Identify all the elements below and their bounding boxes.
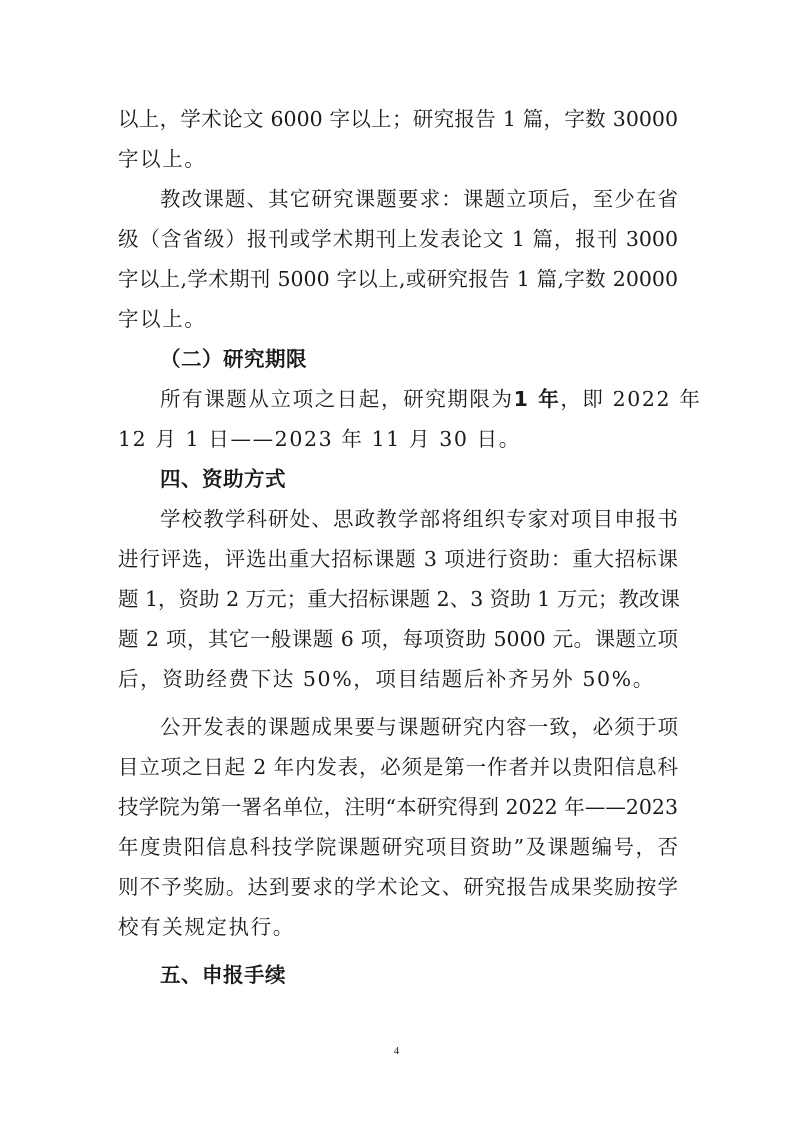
- paragraph-line: 则不予奖励。达到要求的学术论文、研究报告成果奖励按学: [118, 867, 678, 907]
- paragraph-gap: [118, 699, 678, 707]
- paragraph-gap: [118, 947, 678, 955]
- paragraph-line: 题 1，资助 2 万元；重大招标课题 2、3 资助 1 万元；教改课: [118, 579, 678, 619]
- paragraph-line: 后，资助经费下达 50%，项目结题后补齐另外 50%。: [118, 659, 678, 699]
- paragraph-line: 字以上。: [118, 139, 678, 179]
- period-duration-bold: 1 年: [514, 387, 561, 411]
- section-heading-application: 五、申报手续: [118, 955, 678, 995]
- paragraph-line: 教改课题、其它研究课题要求：课题立项后，至少在省: [118, 179, 678, 219]
- section-heading-funding: 四、资助方式: [118, 459, 678, 499]
- paragraph-line: 题 2 项，其它一般课题 6 项，每项资助 5000 元。课题立项: [118, 619, 678, 659]
- paragraph-line: 学校教学科研处、思政教学部将组织专家对项目申报书: [118, 499, 678, 539]
- paragraph-line: 所有课题从立项之日起，研究期限为1 年，即 2022 年: [118, 379, 678, 419]
- paragraph-line: 进行评选，评选出重大招标课题 3 项进行资助：重大招标课: [118, 539, 678, 579]
- paragraph-line: 年度贵阳信息科技学院课题研究项目资助”及课题编号，否: [118, 827, 678, 867]
- paragraph-line: 校有关规定执行。: [118, 907, 678, 947]
- section-heading-research-period: （二）研究期限: [118, 339, 678, 379]
- paragraph-line: 以上，学术论文 6000 字以上；研究报告 1 篇，字数 30000: [118, 99, 678, 139]
- paragraph-line: 字以上。: [118, 299, 678, 339]
- paragraph-line: 级（含省级）报刊或学术期刊上发表论文 1 篇，报刊 3000: [118, 219, 678, 259]
- document-page: 以上，学术论文 6000 字以上；研究报告 1 篇，字数 30000 字以上。 …: [118, 99, 678, 995]
- paragraph-line: 目立项之日起 2 年内发表，必须是第一作者并以贵阳信息科: [118, 747, 678, 787]
- period-text-before: 所有课题从立项之日起，研究期限为: [160, 387, 514, 411]
- paragraph-line: 技学院为第一署名单位，注明“本研究得到 2022 年——2023: [118, 787, 678, 827]
- paragraph-line: 公开发表的课题成果要与课题研究内容一致，必须于项: [118, 707, 678, 747]
- paragraph-line: 字以上,学术期刊 5000 字以上,或研究报告 1 篇,字数 20000: [118, 259, 678, 299]
- period-text-after: ，即 2022 年: [560, 387, 701, 411]
- paragraph-line: 12 月 1 日——2023 年 11 月 30 日。: [118, 419, 678, 459]
- page-number: 4: [0, 1045, 793, 1057]
